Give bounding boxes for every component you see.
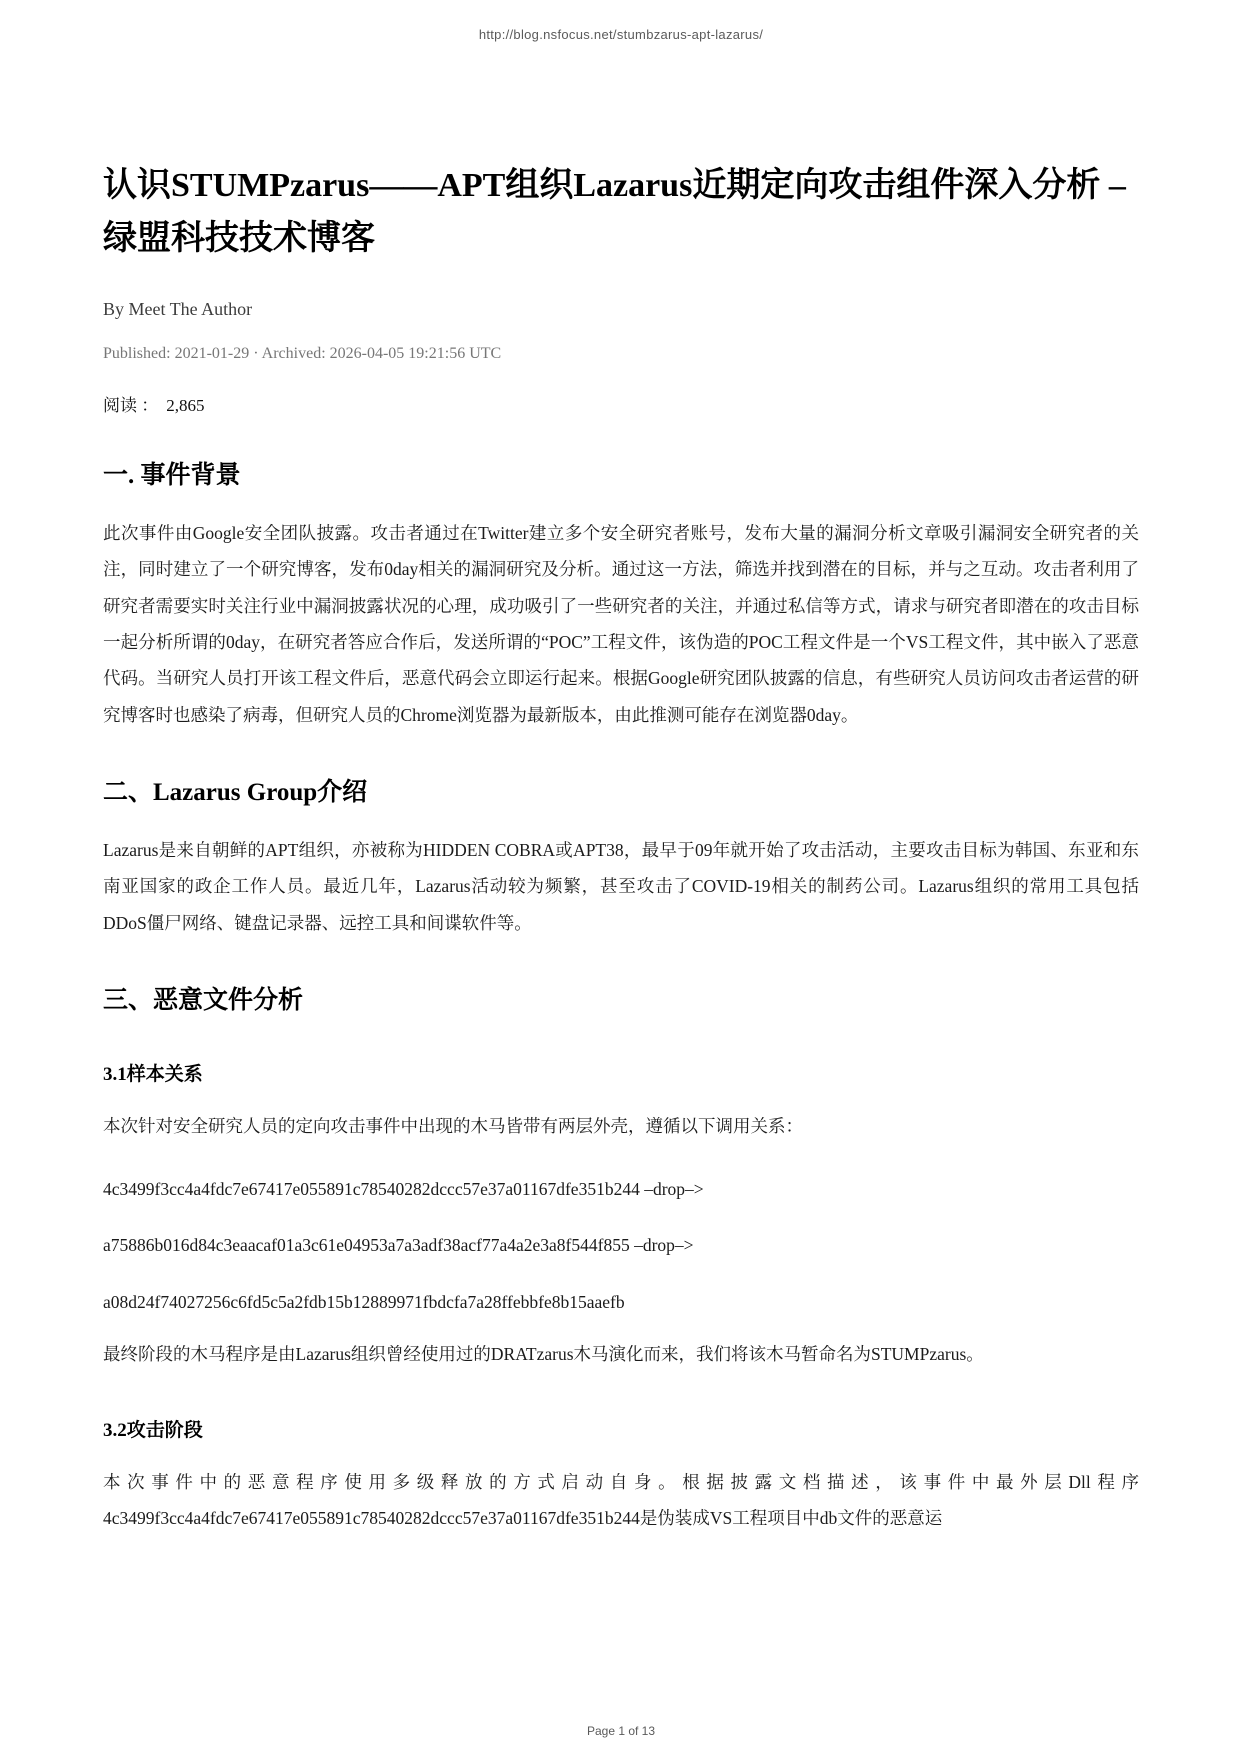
source-url: http://blog.nsfocus.net/stumbzarus-apt-l…	[0, 0, 1242, 42]
hash-line-3: a08d24f74027256c6fd5c5a2fdb15b12889971fb…	[103, 1290, 1139, 1315]
section-heading-background: 一. 事件背景	[103, 460, 1139, 493]
article-body: 认识STUMPzarus——APT组织Lazarus近期定向攻击组件深入分析 –…	[0, 42, 1242, 1536]
read-count-value: 2,865	[166, 396, 204, 415]
paragraph-sample-relations-intro: 本次针对安全研究人员的定向攻击事件中出现的木马皆带有两层外壳，遵循以下调用关系：	[103, 1108, 1139, 1144]
section-heading-malware-analysis: 三、恶意文件分析	[103, 985, 1139, 1018]
paragraph-attack-stages: 本次事件中的恶意程序使用多级释放的方式启动自身。根据披露文档描述，该事件中最外层…	[103, 1464, 1139, 1537]
paragraph-background: 此次事件由Google安全团队披露。攻击者通过在Twitter建立多个安全研究者…	[103, 515, 1139, 733]
subsection-heading-attack-stages: 3.2攻击阶段	[103, 1415, 1139, 1442]
section-heading-lazarus-group: 二、Lazarus Group介绍	[103, 777, 1139, 810]
page-title: 认识STUMPzarus——APT组织Lazarus近期定向攻击组件深入分析 –…	[103, 160, 1139, 265]
read-count-label: 阅读 ：	[103, 396, 158, 415]
byline: By Meet The Author	[103, 299, 1139, 320]
read-count-line: 阅读 ：2,865	[103, 391, 1139, 416]
hash-line-1: 4c3499f3cc4a4fdc7e67417e055891c78540282d…	[103, 1177, 1139, 1202]
paragraph-lazarus-group: Lazarus是来自朝鲜的APT组织，亦被称为HIDDEN COBRA或APT3…	[103, 832, 1139, 941]
hash-line-2: a75886b016d84c3eaacaf01a3c61e04953a7a3ad…	[103, 1233, 1139, 1258]
publish-archive-meta: Published: 2021-01-29 · Archived: 2026-0…	[103, 345, 1139, 363]
archived-page: http://blog.nsfocus.net/stumbzarus-apt-l…	[0, 0, 1242, 1756]
paragraph-trojan-naming: 最终阶段的木马程序是由Lazarus组织曾经使用过的DRATzarus木马演化而…	[103, 1336, 1139, 1372]
subsection-heading-sample-relations: 3.1样本关系	[103, 1059, 1139, 1086]
page-number: Page 1 of 13	[0, 1704, 1242, 1756]
